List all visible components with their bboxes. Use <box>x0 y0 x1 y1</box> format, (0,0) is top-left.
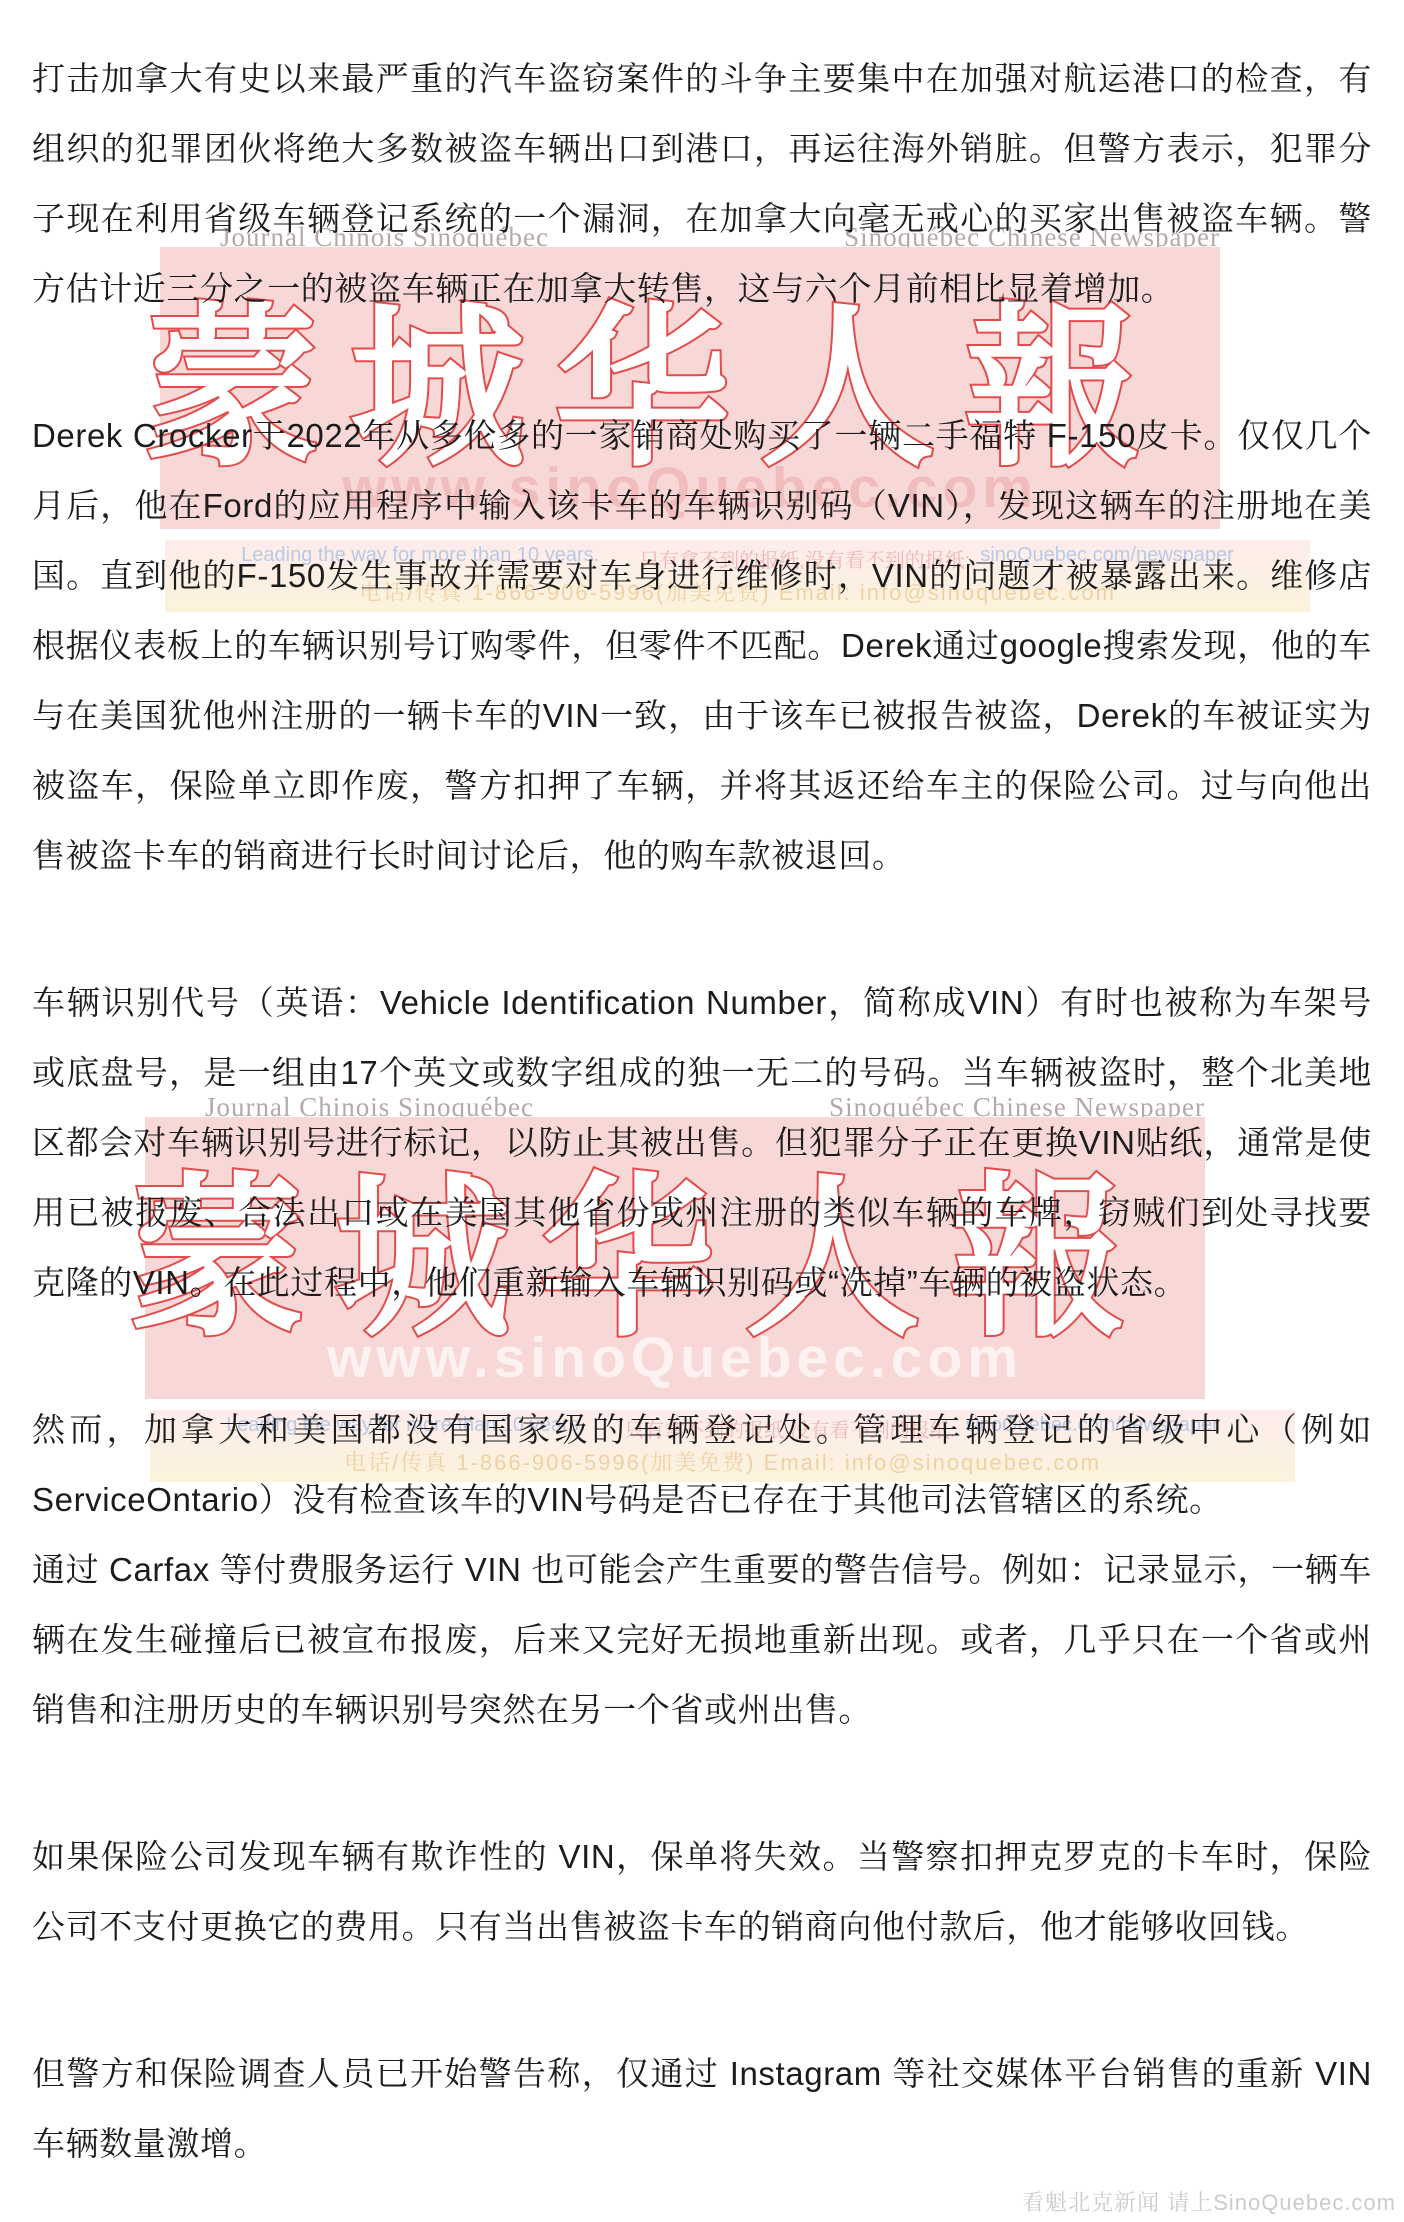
article-paragraph-1: 打击加拿大有史以来最严重的汽车盗窃案件的斗争主要集中在加强对航运港口的检查，有组… <box>32 44 1372 324</box>
article-paragraph-2: Derek Crocker于2022年从多伦多的一家销商处购买了一辆二手福特 F… <box>32 401 1372 891</box>
article-paragraph-3: 车辆识别代号（英语：Vehicle Identification Number，… <box>32 968 1372 1318</box>
article-paragraph-4: 然而，加拿大和美国都没有国家级的车辆登记处。管理车辆登记的省级中心（例如Serv… <box>32 1395 1372 1535</box>
newspaper-article-page: { "article": { "paragraphs": [ { "text":… <box>0 0 1404 2222</box>
article-paragraph-5: 通过 Carfax 等付费服务运行 VIN 也可能会产生重要的警告信号。例如：记… <box>32 1535 1372 1745</box>
footer-site-note: 看魁北克新闻 请上SinoQuebec.com <box>1022 2186 1396 2217</box>
article-body: 打击加拿大有史以来最严重的汽车盗窃案件的斗争主要集中在加强对航运港口的检查，有组… <box>32 44 1372 2179</box>
article-paragraph-6: 如果保险公司发现车辆有欺诈性的 VIN，保单将失效。当警察扣押克罗克的卡车时，保… <box>32 1822 1372 1962</box>
article-paragraph-7: 但警方和保险调查人员已开始警告称，仅通过 Instagram 等社交媒体平台销售… <box>32 2039 1372 2179</box>
